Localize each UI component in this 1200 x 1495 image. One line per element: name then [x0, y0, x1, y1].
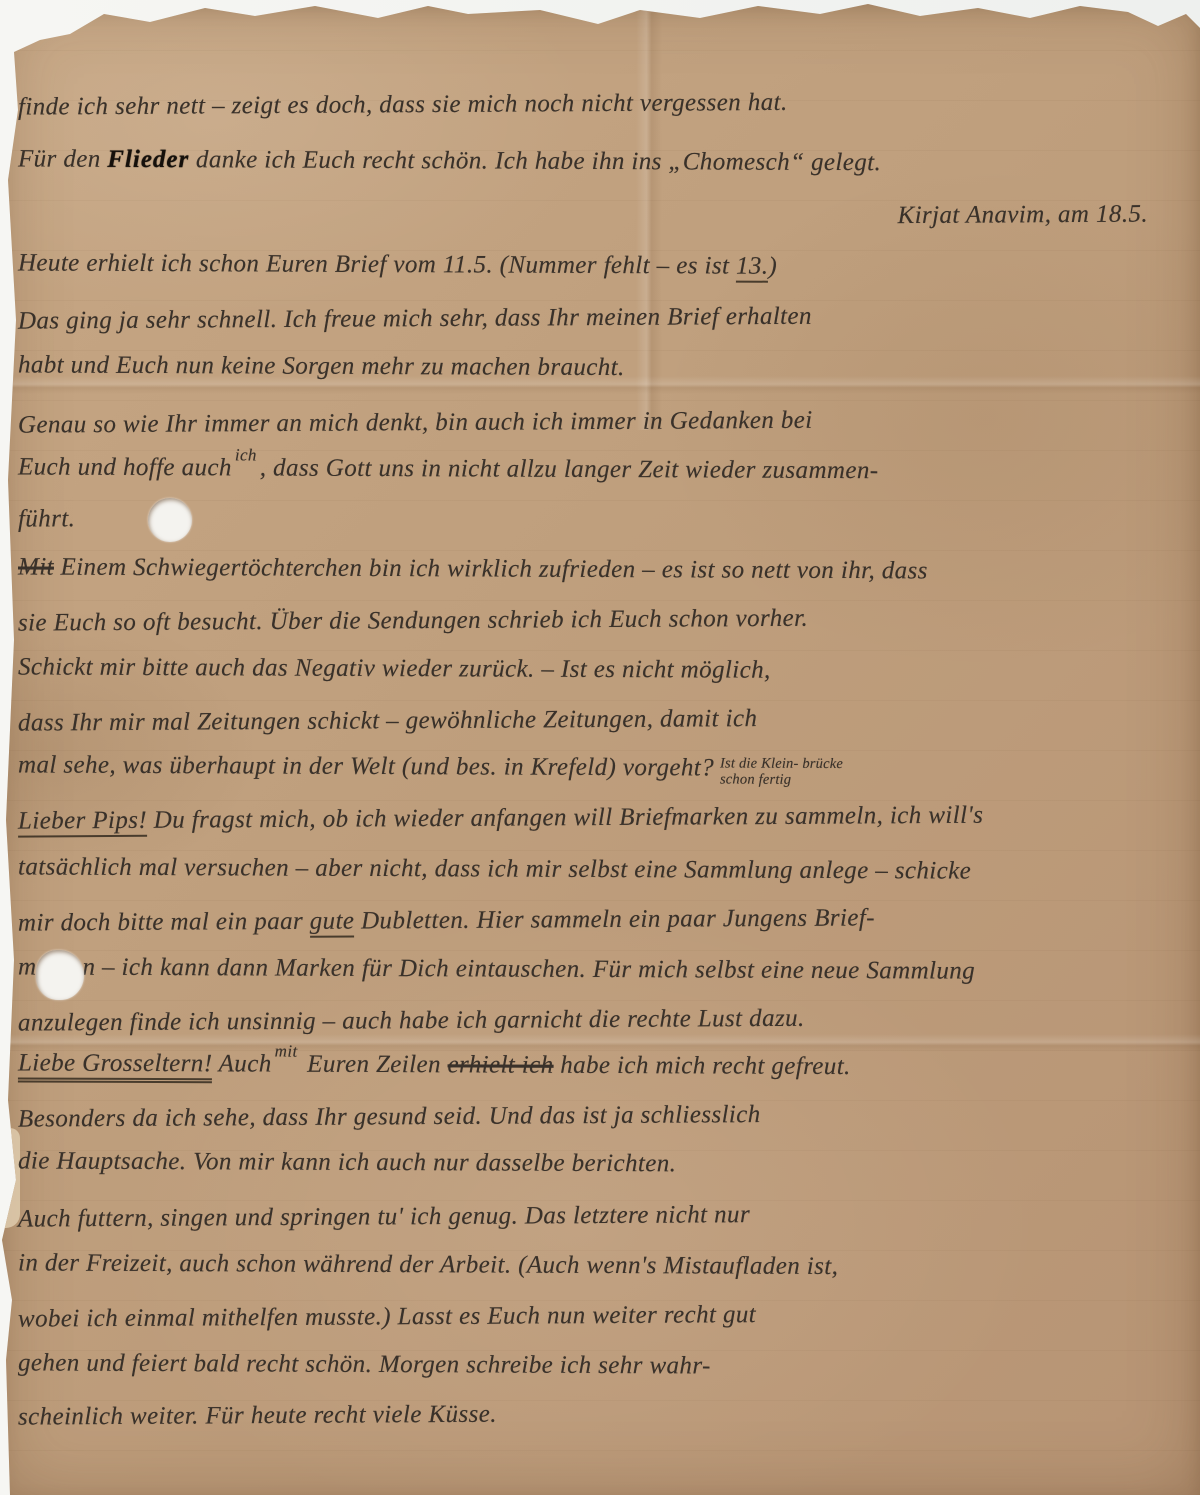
letter-line: die Hauptsache. Von mir kann ich auch nu…: [18, 1145, 1192, 1181]
letter-line: mal sehe, was überhaupt in der Welt (und…: [18, 749, 1192, 790]
letter-line: Besonders da ich sehe, dass Ihr gesund s…: [18, 1096, 1192, 1134]
letter-line: Heute erhielt ich schon Euren Brief vom …: [18, 247, 1192, 283]
letter-line: Lieber Pips! Du fragst mich, ob ich wied…: [18, 798, 1192, 836]
squeezed-margin-note: Ist die Klein- brücke schon fertig: [720, 757, 870, 790]
struck-words: erhielt ich: [448, 1051, 554, 1078]
letter-line: gehen und feiert bald recht schön. Morge…: [18, 1347, 1192, 1383]
letter-line: finde ich sehr nett – zeigt es doch, das…: [18, 84, 1192, 122]
letter-line: anzulegen finde ich unsinnig – auch habe…: [18, 1000, 1192, 1038]
letter-line: in der Freizeit, auch schon während der …: [18, 1247, 1192, 1283]
letter-line: tatsächlich mal versuchen – aber nicht, …: [18, 851, 1192, 887]
letter-line: Liebe Grosseltern! Auchmit Euren Zeilen …: [18, 1047, 1192, 1083]
letter-line: wobei ich einmal mithelfen musste.) Lass…: [18, 1296, 1192, 1334]
underlined-word: gute: [310, 908, 355, 938]
letter-dateline: Kirjat Anavim, am 18.5.: [18, 199, 1148, 237]
letter-line: habt und Euch nun keine Sorgen mehr zu m…: [18, 349, 1192, 385]
letter-page: finde ich sehr nett – zeigt es doch, das…: [0, 0, 1200, 1495]
letter-line: Schickt mir bitte auch das Negativ wiede…: [18, 651, 1192, 687]
letter-line: marken – ich kann dann Marken für Dich e…: [18, 951, 1192, 987]
letter-line: Auch futtern, singen und springen tu' ic…: [18, 1196, 1192, 1234]
letter-line: führt.: [18, 496, 1192, 534]
punch-hole: [148, 498, 192, 542]
letter-line: Mit Einem Schwiegertöchterchen bin ich w…: [18, 551, 1192, 587]
emphasized-word: Flieder: [107, 146, 189, 173]
letter-line: Für den Flieder danke ich Euch recht sch…: [18, 143, 1192, 179]
letter-line: Euch und hoffe auchich, dass Gott uns in…: [18, 451, 1192, 487]
letter-body: finde ich sehr nett – zeigt es doch, das…: [0, 0, 1200, 1495]
punch-hole: [36, 950, 84, 1000]
interlinear-insertion: ich: [235, 445, 257, 464]
letter-scan: finde ich sehr nett – zeigt es doch, das…: [0, 0, 1200, 1495]
letter-line: Genau so wie Ihr immer an mich denkt, bi…: [18, 402, 1192, 440]
letter-line: Das ging ja sehr schnell. Ich freue mich…: [18, 298, 1192, 336]
letter-line: dass Ihr mir mal Zeitungen schickt – gew…: [18, 700, 1192, 738]
letter-line: mir doch bitte mal ein paar gute Dublett…: [18, 900, 1192, 938]
salutation: Liebe Grosseltern!: [18, 1049, 213, 1083]
struck-word: Mit: [18, 553, 54, 580]
letter-line: sie Euch so oft besucht. Über die Sendun…: [18, 600, 1192, 638]
underlined-number: 13.: [736, 253, 769, 283]
salutation: Lieber Pips!: [18, 807, 147, 838]
letter-line: scheinlich weiter. Für heute recht viele…: [18, 1394, 1192, 1432]
interlinear-insertion: mit: [275, 1042, 298, 1061]
